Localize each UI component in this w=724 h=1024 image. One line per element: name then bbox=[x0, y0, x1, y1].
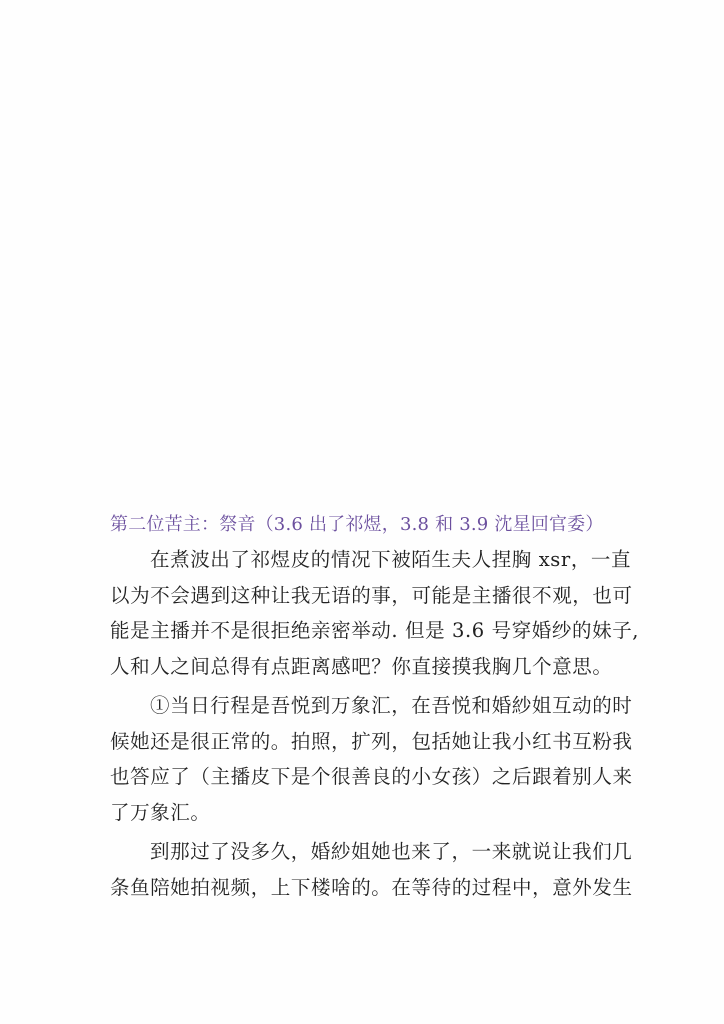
paragraph-3: 到那过了没多久，婚紗姐她也来了，一来就说让我们几 条鱼陪她拍视频，上下楼啥的。在… bbox=[110, 834, 618, 905]
paragraph-line: ①当日行程是吾悦到万象汇，在吾悦和婚紗姐互动的时 bbox=[110, 688, 618, 724]
paragraph-line: 条鱼陪她拍视频，上下楼啥的。在等待的过程中，意外发生 bbox=[110, 870, 618, 906]
section-heading: 第二位苦主：祭音（3.6 出了祁煜，3.8 和 3.9 沈星回官委） bbox=[110, 508, 618, 542]
paragraph-2: ①当日行程是吾悦到万象汇，在吾悦和婚紗姐互动的时 候她还是很正常的。拍照，扩列，… bbox=[110, 688, 618, 830]
paragraph-line: 能是主播并不是很拒绝亲密举动. 但是 3.6 号穿婚纱的妹子, bbox=[110, 613, 618, 649]
paragraph-line: 在煮波出了祁煜皮的情况下被陌生夫人捏胸 xsr，一直 bbox=[110, 542, 618, 578]
document-page: 第二位苦主：祭音（3.6 出了祁煜，3.8 和 3.9 沈星回官委） 在煮波出了… bbox=[0, 0, 724, 1024]
paragraph-line: 到那过了没多久，婚紗姐她也来了，一来就说让我们几 bbox=[110, 834, 618, 870]
document-body: 第二位苦主：祭音（3.6 出了祁煜，3.8 和 3.9 沈星回官委） 在煮波出了… bbox=[110, 508, 618, 909]
paragraph-line: 候她还是很正常的。拍照，扩列，包括她让我小红书互粉我 bbox=[110, 724, 618, 760]
paragraph-line: 也答应了（主播皮下是个很善良的小女孩）之后跟着别人来 bbox=[110, 759, 618, 795]
paragraph-line: 以为不会遇到这种让我无语的事，可能是主播很不观，也可 bbox=[110, 578, 618, 614]
paragraph-line: 了万象汇。 bbox=[110, 795, 618, 831]
paragraph-line: 人和人之间总得有点距离感吧？你直接摸我胸几个意思。 bbox=[110, 649, 618, 685]
paragraph-1: 在煮波出了祁煜皮的情况下被陌生夫人捏胸 xsr，一直 以为不会遇到这种让我无语的… bbox=[110, 542, 618, 684]
